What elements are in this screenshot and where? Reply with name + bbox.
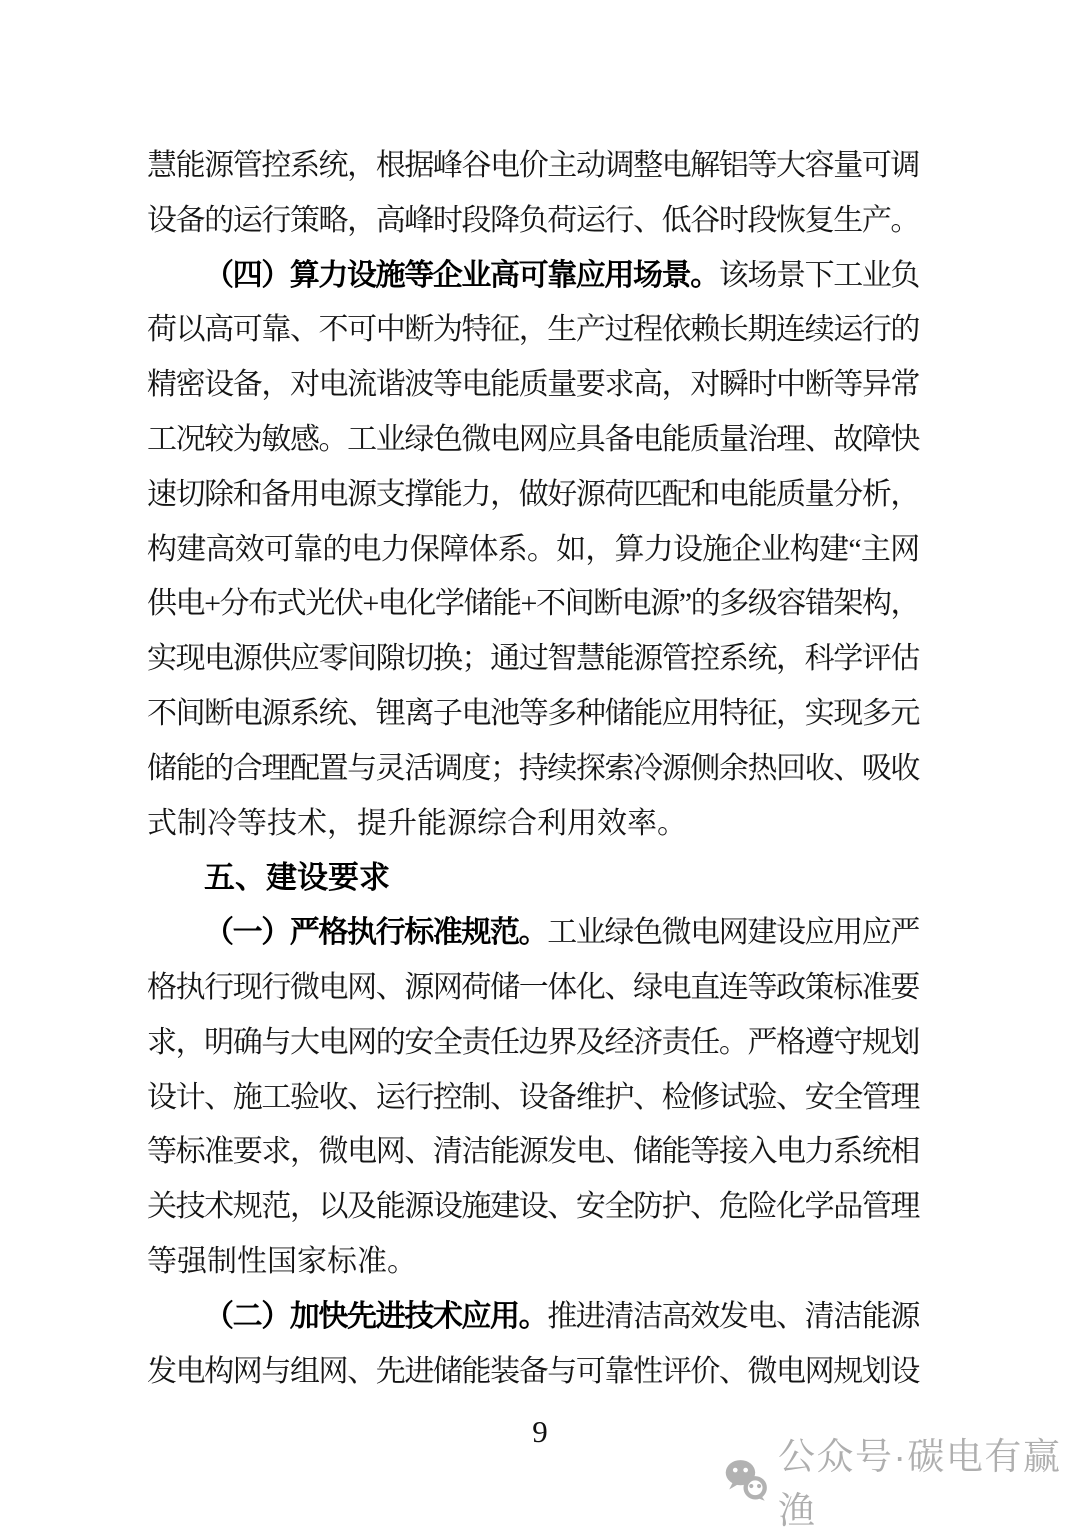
- text-line: 设备的运行策略，高峰时段降负荷运行、低谷时段恢复生产。: [147, 194, 919, 249]
- text-run: 供电+分布式光伏+电化学储能+不间断电源”的多级容错架构，: [147, 587, 919, 620]
- text-line: 储能的合理配置与灵活调度；持续探索冷源侧余热回收、吸收: [147, 742, 919, 797]
- text-run: 慧能源管控系统，根据峰谷电价主动调整电解铝等大容量可调: [147, 149, 919, 182]
- text-line: 不间断电源系统、锂离子电池等多种储能应用特征，实现多元: [147, 687, 919, 742]
- text-run: 工业绿色微电网建设应用应严: [547, 916, 919, 949]
- text-run: 等标准要求，微电网、清洁能源发电、储能等接入电力系统相: [147, 1135, 919, 1168]
- text-run: 关技术规范，以及能源设施建设、安全防护、危险化学品管理: [147, 1190, 919, 1223]
- text-run: 求，明确与大电网的安全责任边界及经济责任。严格遵守规划: [147, 1026, 919, 1059]
- text-run: 设计、施工验收、运行控制、设备维护、检修试验、安全管理: [147, 1081, 919, 1114]
- text-line: 格执行现行微电网、源网荷储一体化、绿电直连等政策标准要: [147, 961, 919, 1016]
- text-run: 工况较为敏感。工业绿色微电网应具备电能质量治理、故障快: [147, 423, 919, 456]
- text-line: 实现电源供应零间隙切换；通过智慧能源管控系统，科学评估: [147, 632, 919, 687]
- text-run: 格执行现行微电网、源网荷储一体化、绿电直连等政策标准要: [147, 971, 919, 1004]
- text-run: 等强制性国家标准。: [147, 1245, 417, 1278]
- text-line: 工况较为敏感。工业绿色微电网应具备电能质量治理、故障快: [147, 413, 919, 468]
- text-run: 实现电源供应零间隙切换；通过智慧能源管控系统，科学评估: [147, 642, 919, 675]
- text-line: 设计、施工验收、运行控制、设备维护、检修试验、安全管理: [147, 1071, 919, 1126]
- text-run: 不间断电源系统、锂离子电池等多种储能应用特征，实现多元: [147, 697, 919, 730]
- text-line: 式制冷等技术，提升能源综合利用效率。: [147, 797, 919, 852]
- text-line: 速切除和备用电源支撑能力，做好源荷匹配和电能质量分析，: [147, 468, 919, 523]
- text-line: 求，明确与大电网的安全责任边界及经济责任。严格遵守规划: [147, 1016, 919, 1071]
- text-run: 设备的运行策略，高峰时段降负荷运行、低谷时段恢复生产。: [147, 204, 919, 237]
- text-run: 推进清洁高效发电、清洁能源: [547, 1300, 919, 1333]
- text-line: 构建高效可靠的电力保障体系。如，算力设施企业构建“主网: [147, 523, 919, 578]
- text-run: 构建高效可靠的电力保障体系。如，算力设施企业构建“主网: [147, 533, 919, 566]
- document-page: 慧能源管控系统，根据峰谷电价主动调整电解铝等大容量可调设备的运行策略，高峰时段降…: [0, 0, 1080, 1527]
- bold-run: （二）加快先进技术应用。: [204, 1300, 547, 1333]
- text-line: 精密设备，对电流谐波等电能质量要求高，对瞬时中断等异常: [147, 358, 919, 413]
- watermark-text: 公众号·碳电有赢渔: [778, 1426, 1080, 1527]
- watermark: 公众号·碳电有赢渔: [724, 1455, 1080, 1505]
- text-line: （二）加快先进技术应用。推进清洁高效发电、清洁能源: [147, 1290, 919, 1345]
- text-line: 关技术规范，以及能源设施建设、安全防护、危险化学品管理: [147, 1180, 919, 1235]
- text-line: 发电构网与组网、先进储能装备与可靠性评价、微电网规划设: [147, 1345, 919, 1400]
- bold-run: （一）严格执行标准规范。: [204, 916, 547, 949]
- text-line: 等标准要求，微电网、清洁能源发电、储能等接入电力系统相: [147, 1125, 919, 1180]
- text-run: 荷以高可靠、不可中断为特征，生产过程依赖长期连续运行的: [147, 313, 919, 346]
- text-line: 慧能源管控系统，根据峰谷电价主动调整电解铝等大容量可调: [147, 139, 919, 194]
- text-line: 等强制性国家标准。: [147, 1235, 919, 1290]
- text-run: 该场景下工业负: [719, 259, 919, 292]
- text-line: （一）严格执行标准规范。工业绿色微电网建设应用应严: [147, 906, 919, 961]
- text-run: 储能的合理配置与灵活调度；持续探索冷源侧余热回收、吸收: [147, 752, 919, 785]
- bold-run: （四）算力设施等企业高可靠应用场景。: [204, 259, 719, 292]
- text-run: 发电构网与组网、先进储能装备与可靠性评价、微电网规划设: [147, 1355, 919, 1388]
- section-heading: 五、建设要求: [147, 851, 919, 906]
- bold-run: 五、建设要求: [204, 860, 390, 895]
- text-line: 供电+分布式光伏+电化学储能+不间断电源”的多级容错架构，: [147, 577, 919, 632]
- text-line: 荷以高可靠、不可中断为特征，生产过程依赖长期连续运行的: [147, 303, 919, 358]
- text-run: 精密设备，对电流谐波等电能质量要求高，对瞬时中断等异常: [147, 368, 919, 401]
- text-run: 速切除和备用电源支撑能力，做好源荷匹配和电能质量分析，: [147, 478, 919, 511]
- text-run: 式制冷等技术，提升能源综合利用效率。: [147, 807, 687, 840]
- wechat-icon: [724, 1457, 769, 1503]
- text-line: （四）算力设施等企业高可靠应用场景。该场景下工业负: [147, 249, 919, 304]
- document-text: 慧能源管控系统，根据峰谷电价主动调整电解铝等大容量可调设备的运行策略，高峰时段降…: [147, 139, 919, 1399]
